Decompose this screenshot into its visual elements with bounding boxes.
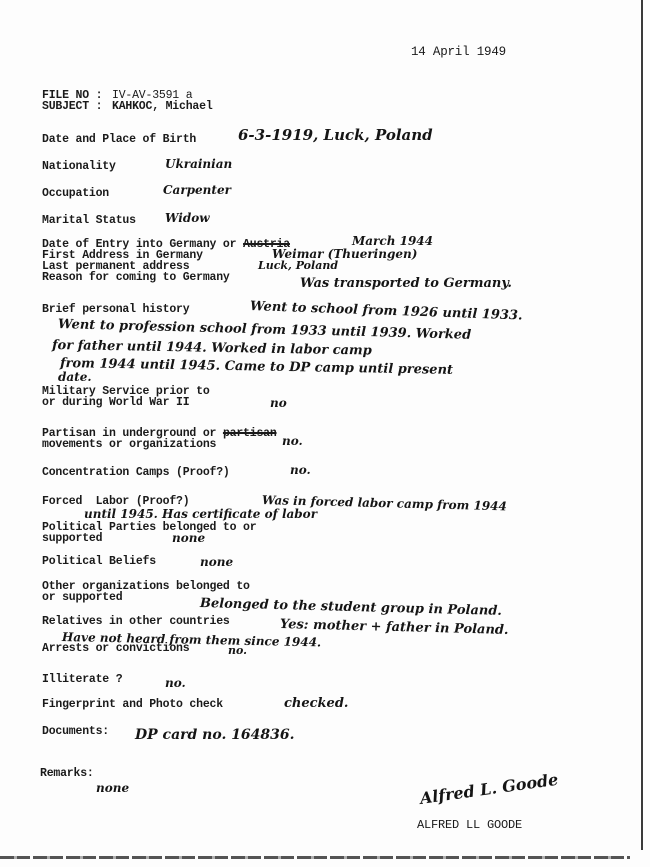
document-page: 14 April 1949 FILE NO : IV-AV-3591 a SUB… (0, 0, 650, 867)
history-line-1: Went to school from 1926 until 1933. (250, 300, 523, 324)
signature-script: Alfred L. Goode (419, 773, 559, 806)
history-line-5: date. (58, 370, 92, 384)
birth-label: Date and Place of Birth (42, 134, 196, 145)
forced-labor-label: Forced Labor (Proof?) (42, 496, 189, 507)
reason-label: Reason for coming to Germany (42, 272, 230, 283)
nationality-value: Ukrainian (165, 157, 232, 171)
occupation-label: Occupation (42, 188, 109, 199)
illiterate-label: Illiterate ? (42, 674, 122, 685)
fingerprint-value: checked. (284, 697, 348, 711)
remarks-value: none (96, 781, 129, 795)
history-line-4: from 1944 until 1945. Came to DP camp un… (60, 357, 453, 378)
forced-labor-value-2: until 1945. Has certificate of labor (84, 507, 317, 521)
history-line-3: for father until 1944. Worked in labor c… (52, 339, 372, 359)
other-orgs-value: Belonged to the student group in Poland. (200, 597, 502, 619)
arrests-value: no. (228, 644, 247, 658)
documents-value: DP card no. 164836. (135, 728, 295, 742)
documents-label: Documents: (42, 726, 109, 737)
marital-status-label: Marital Status (42, 215, 136, 226)
marital-status-value: Widow (165, 211, 210, 225)
history-label: Brief personal history (42, 304, 189, 315)
last-address-value: Luck, Poland (258, 259, 338, 273)
bottom-edge-line (0, 856, 630, 859)
concentration-label: Concentration Camps (Proof?) (42, 467, 230, 478)
birth-value: 6-3-1919, Luck, Poland (238, 128, 433, 142)
concentration-value: no. (290, 463, 311, 477)
remarks-label: Remarks: (40, 768, 94, 779)
fingerprint-label: Fingerprint and Photo check (42, 699, 223, 710)
arrests-label: Arrests or convictions (42, 643, 189, 654)
signature-name: ALFRED LL GOODE (417, 820, 522, 831)
partisan-label-2: movements or organizations (42, 439, 216, 450)
political-beliefs-label: Political Beliefs (42, 556, 156, 567)
occupation-value: Carpenter (163, 183, 231, 197)
nationality-label: Nationality (42, 161, 116, 172)
relatives-label: Relatives in other countries (42, 616, 230, 627)
subject-value: KAHKOC, Michael (112, 101, 213, 112)
reason-value: Was transported to Germany. (300, 277, 512, 291)
other-orgs-label-2: or supported (42, 592, 122, 603)
entry-value: March 1944 (352, 234, 433, 248)
political-parties-value: none (172, 531, 205, 545)
political-beliefs-value: none (200, 555, 233, 569)
partisan-value: no. (282, 434, 303, 448)
illiterate-value: no. (165, 676, 186, 690)
right-edge-line (641, 0, 643, 850)
political-parties-label-2: supported (42, 533, 102, 544)
subject-label: SUBJECT : (42, 101, 102, 112)
document-date: 14 April 1949 (411, 47, 506, 58)
partisan-label-struck: partisan (223, 427, 277, 440)
military-label-2: or during World War II (42, 397, 189, 408)
military-value: no (270, 396, 287, 410)
